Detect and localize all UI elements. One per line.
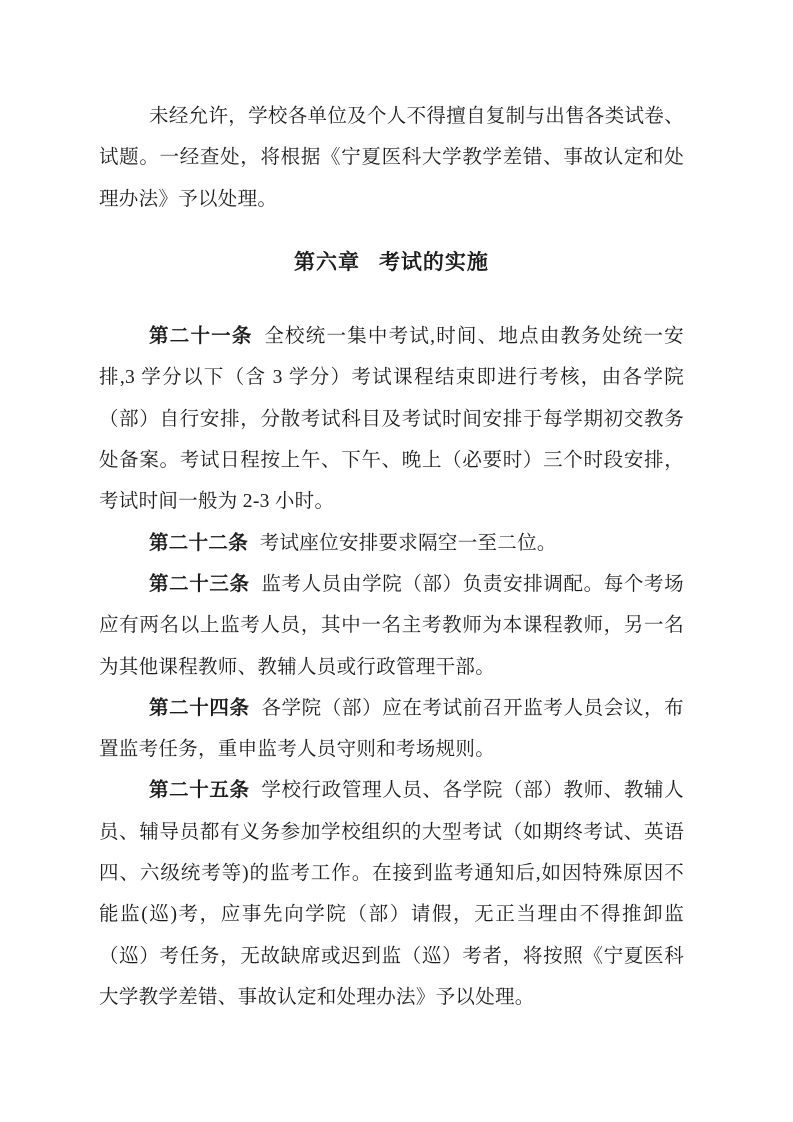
document-content: 未经允许，学校各单位及个人不得擅自复制与出售各类试卷、试题。一经查处，将根据《宁… (99, 0, 684, 1018)
chapter-number: 第六章 (294, 250, 360, 274)
document-page: 未经允许，学校各单位及个人不得擅自复制与出售各类试卷、试题。一经查处，将根据《宁… (0, 0, 793, 1122)
article-25-label: 第二十五条 (149, 780, 261, 801)
article-25-paragraph: 第二十五条学校行政管理人员、各学院（部）教师、教辅人员、辅导员都有义务参加学校组… (99, 770, 684, 1018)
article-22-paragraph: 第二十二条考试座位安排要求隔空一至二位。 (99, 523, 684, 564)
article-25-text: 学校行政管理人员、各学院（部）教师、教辅人员、辅导员都有义务参加学校组织的大型考… (99, 780, 684, 1007)
chapter-heading: 第六章考试的实施 (99, 242, 684, 283)
article-22-label: 第二十二条 (149, 533, 260, 554)
article-22-text: 考试座位安排要求隔空一至二位。 (260, 533, 557, 554)
article-24-paragraph: 第二十四条各学院（部）应在考试前召开监考人员会议，布置监考任务，重申监考人员守则… (99, 688, 684, 771)
chapter-title: 考试的实施 (379, 250, 489, 274)
article-24-label: 第二十四条 (149, 698, 261, 719)
intro-paragraph: 未经允许，学校各单位及个人不得擅自复制与出售各类试卷、试题。一经查处，将根据《宁… (99, 96, 684, 220)
article-21-text: 全校统一集中考试,时间、地点由教务处统一安排,3 学分以下（含 3 学分）考试课… (99, 326, 684, 512)
article-23-label: 第二十三条 (149, 574, 261, 595)
article-21-label: 第二十一条 (149, 326, 264, 347)
article-23-paragraph: 第二十三条监考人员由学院（部）负责安排调配。每个考场应有两名以上监考人员，其中一… (99, 564, 684, 688)
article-21-paragraph: 第二十一条全校统一集中考试,时间、地点由教务处统一安排,3 学分以下（含 3 学… (99, 316, 684, 522)
